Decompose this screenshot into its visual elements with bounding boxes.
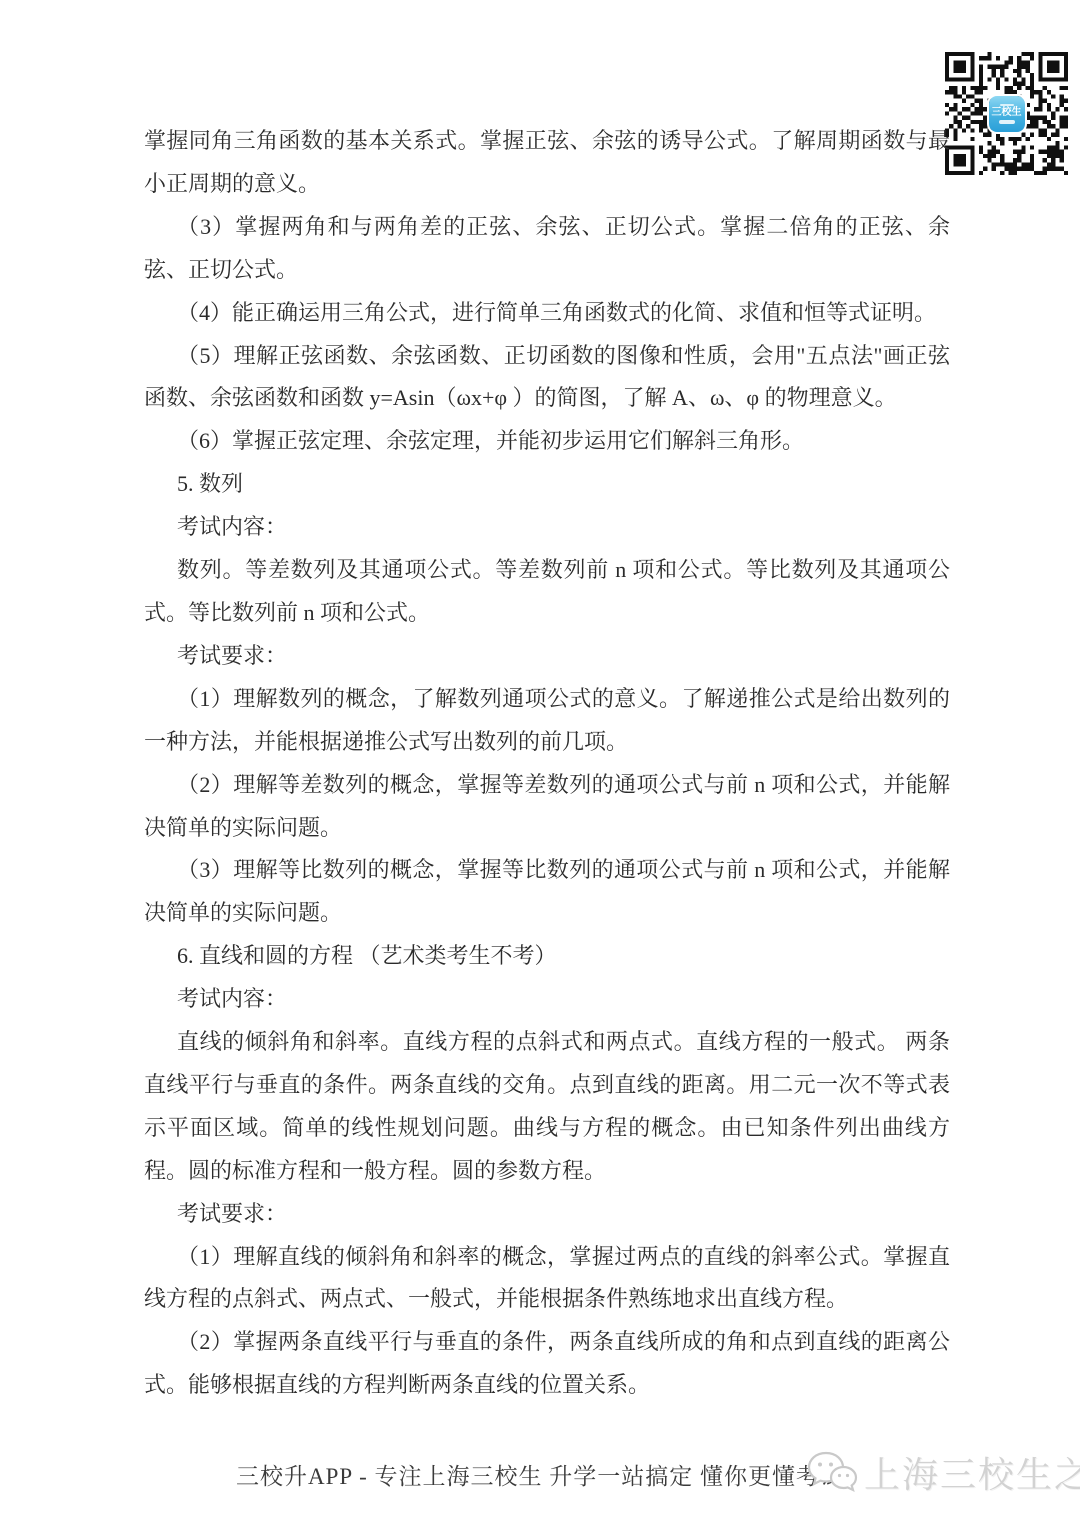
document-page: 三校生 掌握同角三角函数的基本关系式。掌握正弦、余弦的诱导公式。了解周期函数与最… bbox=[0, 0, 1080, 1527]
wechat-icon bbox=[806, 1449, 858, 1497]
qr-logo-decor-top bbox=[1000, 104, 1014, 106]
section-heading: 5. 数列 bbox=[144, 463, 950, 506]
watermark-text: 上海三校生之家 bbox=[864, 1447, 1080, 1498]
paragraph: （1）理解数列的概念，了解数列通项公式的意义。了解递推公式是给出数列的一种方法，… bbox=[144, 678, 950, 764]
paragraph: 直线的倾斜角和斜率。直线方程的点斜式和两点式。直线方程的一般式。 两条直线平行与… bbox=[144, 1021, 950, 1193]
paragraph: 数列。等差数列及其通项公式。等差数列前 n 项和公式。等比数列及其通项公式。等比… bbox=[144, 549, 950, 635]
paragraph: 考试要求： bbox=[144, 635, 950, 678]
paragraph: （3）掌握两角和与两角差的正弦、余弦、正切公式。掌握二倍角的正弦、余弦、正切公式… bbox=[144, 206, 950, 292]
document-body: 掌握同角三角函数的基本关系式。掌握正弦、余弦的诱导公式。了解周期函数与最小正周期… bbox=[144, 120, 950, 1407]
paragraph: 考试内容： bbox=[144, 506, 950, 549]
paragraph: 掌握同角三角函数的基本关系式。掌握正弦、余弦的诱导公式。了解周期函数与最小正周期… bbox=[144, 120, 950, 206]
paragraph: （4）能正确运用三角公式，进行简单三角函数式的化简、求值和恒等式证明。 bbox=[144, 292, 950, 335]
section-heading: 6. 直线和圆的方程 （艺术类考生不考） bbox=[144, 935, 950, 978]
qr-code: 三校生 bbox=[945, 52, 1068, 175]
qr-center-logo: 三校生 bbox=[989, 96, 1025, 132]
qr-logo-decor-bottom bbox=[999, 120, 1015, 124]
paragraph: （6）掌握正弦定理、余弦定理，并能初步运用它们解斜三角形。 bbox=[144, 420, 950, 463]
paragraph: （5）理解正弦函数、余弦函数、正切函数的图像和性质，会用"五点法"画正弦函数、余… bbox=[144, 335, 950, 421]
paragraph: （1）理解直线的倾斜角和斜率的概念，掌握过两点的直线的斜率公式。掌握直线方程的点… bbox=[144, 1236, 950, 1322]
qr-logo-label: 三校生 bbox=[992, 108, 1022, 118]
paragraph: （2）理解等差数列的概念，掌握等差数列的通项公式与前 n 项和公式，并能解决简单… bbox=[144, 764, 950, 850]
footer-watermark: 上海三校生之家 bbox=[806, 1447, 1080, 1498]
paragraph: 考试要求： bbox=[144, 1193, 950, 1236]
paragraph: （2）掌握两条直线平行与垂直的条件，两条直线所成的角和点到直线的距离公式。能够根… bbox=[144, 1321, 950, 1407]
paragraph: （3）理解等比数列的概念，掌握等比数列的通项公式与前 n 项和公式，并能解决简单… bbox=[144, 849, 950, 935]
paragraph: 考试内容： bbox=[144, 978, 950, 1021]
